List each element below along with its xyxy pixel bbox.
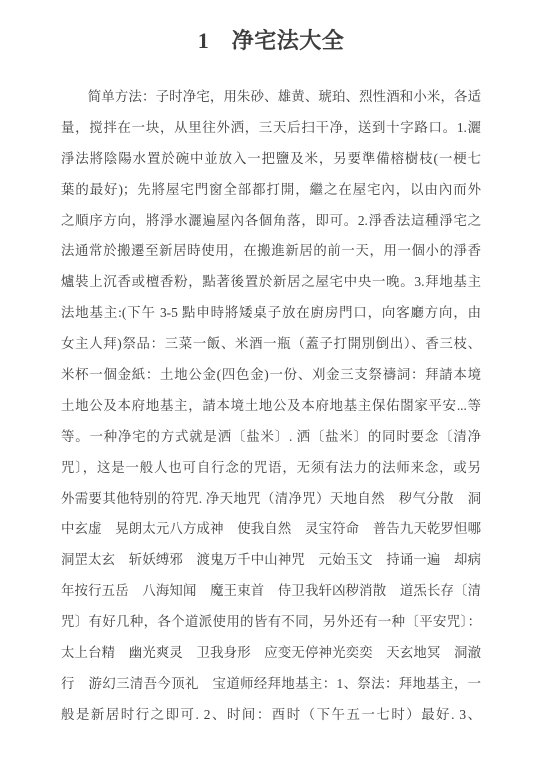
body-text-line: 行 游幻三清吾今顶礼 宝道师经拜地基主：1、祭法：拜地基主，一 [61,669,481,700]
body-text-line: 量，搅拌在一块，从里往外洒，三天后扫干净，送到十字路口。1.灑 [61,113,481,144]
body-text-line: 葉的最好)；先將屋宅門窗全部都打開，繼之在屋宅內，以由內而外 [61,175,481,206]
body-text-line: 外需要其他特别的符咒. 净天地咒（清净咒）天地自然 秽气分散 洞 [61,484,481,515]
body-text-line: 中玄虚 晃朗太元八方成神 使我自然 灵宝符命 普告九天乾罗怛哪 [61,514,481,545]
body-text-line: 法地基主:(下午 3-5 點申時將矮桌子放在廚房門口，向客廳方向，由 [61,298,481,329]
body-text-line: 年按行五岳 八海知闻 魔王束首 侍卫我轩凶秽消散 道炁长存〔清净 [61,576,481,607]
body-text-line: 洞罡太玄 斩妖缚邪 渡鬼万千中山神咒 元始玉文 持诵一遍 却病延 [61,545,481,576]
body-text: 简单方法：子时净宅，用朱砂、雄黄、琥珀、烈性酒和小米，各适量，搅拌在一块，从里往… [61,82,481,731]
body-text-line: 女主人拜)祭品：三菜一飯、米酒一瓶（蓋子打開別倒出）、香三枝、 [61,329,481,360]
body-text-line: 简单方法：子时净宅，用朱砂、雄黄、琥珀、烈性酒和小米，各适 [61,82,481,113]
body-text-line: 之順序方向，將淨水灑遍屋內各個角落，即可。2.淨香法這種淨宅之 [61,206,481,237]
body-text-line: 等。一种净宅的方式就是洒〔盐米〕. 洒〔盐米〕的同时要念〔清净 [61,422,481,453]
body-text-line: 咒〕有好几种，各个道派使用的皆有不同，另外还有一种〔平安咒〕： [61,607,481,638]
body-text-line: 般是新居时行之即可. 2、时间：酉时（下午五一七时）最好. 3、 [61,700,481,731]
body-text-line: 法通常於搬遷至新居時使用，在搬進新居的前一天，用一個小的淨香 [61,236,481,267]
body-text-line: 米杯一個金紙：土地公金(四色金)一份、刈金三支祭禱詞：拜請本境 [61,360,481,391]
body-text-line: 爐裝上沉香或檀香粉，點著後置於新居之屋宅中央一晚。3.拜地基主 [61,267,481,298]
body-text-line: 咒〕，这是一般人也可自行念的咒语，无须有法力的法师来念，或另 [61,453,481,484]
body-text-line: 太上台精 幽光爽灵 卫我身形 应变无停神光奕奕 天玄地冥 洞澈五 [61,638,481,669]
document-page: 1 净宅法大全 简单方法：子时净宅，用朱砂、雄黄、琥珀、烈性酒和小米，各适量，搅… [0,0,542,763]
body-text-line: 淨法將陰陽水置於碗中並放入一把鹽及米，另要準備榕樹枝(一梗七 [61,144,481,175]
page-title: 1 净宅法大全 [0,24,542,55]
body-text-line: 土地公及本府地基主，請本境土地公及本府地基主保佑閤家平安...等 [61,391,481,422]
